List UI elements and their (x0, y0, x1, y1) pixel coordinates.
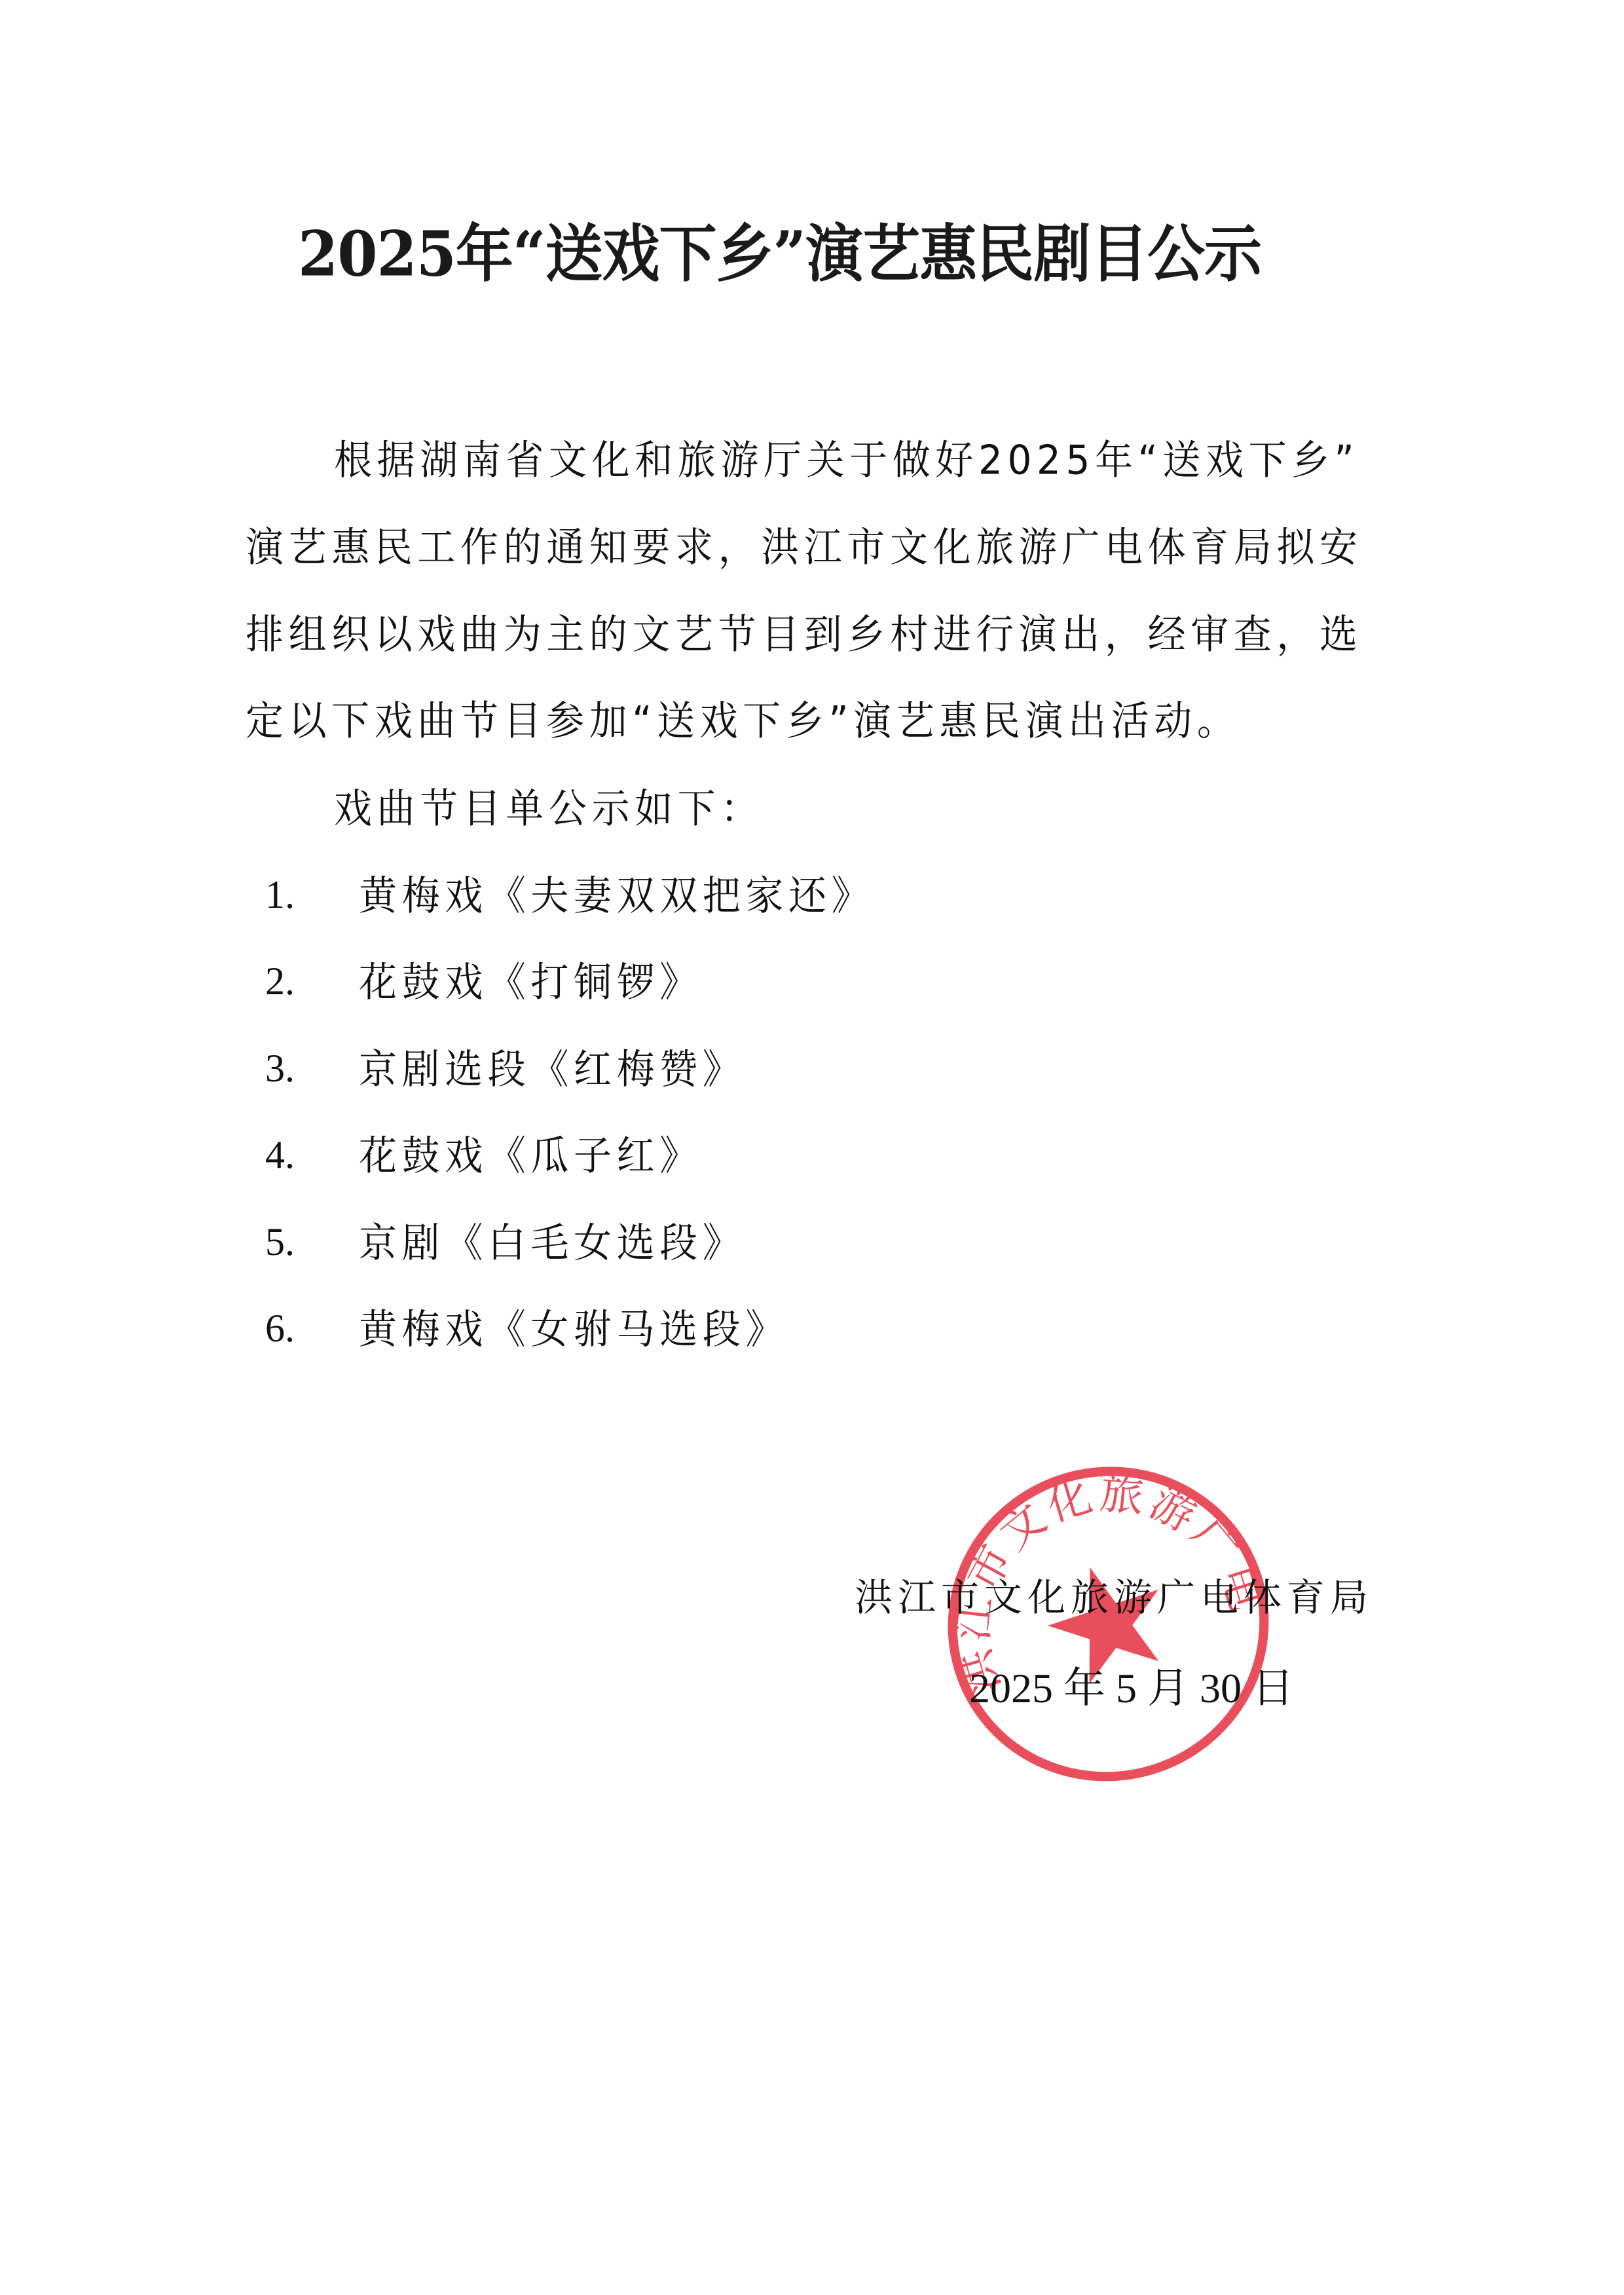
list-item-text: 黄梅戏《夫妻双双把家还》 (359, 870, 874, 920)
list-item-number: 5. (265, 1218, 295, 1265)
list-item-number: 2. (265, 958, 295, 1005)
paragraph-line-1: 根据湖南省文化和旅游厅关于做好2025年“送戏下乡” (334, 435, 1359, 485)
list-item-text: 京剧《白毛女选段》 (359, 1218, 745, 1267)
signature-date: 2025 年 5 月 30 日 (969, 1665, 1294, 1712)
signature-organization: 洪江市文化旅游广电体育局 (855, 1574, 1373, 1621)
page-title: 2025年“送戏下乡”演艺惠民剧目公示 (298, 211, 1333, 296)
list-item-number: 3. (265, 1045, 295, 1092)
list-item-number: 4. (265, 1131, 295, 1178)
list-item-text: 花鼓戏《瓜子红》 (359, 1130, 703, 1180)
paragraph-line-2: 演艺惠民工作的通知要求，洪江市文化旅游广电体育局拟安 (246, 522, 1363, 572)
document-page: 2025年“送戏下乡”演艺惠民剧目公示 根据湖南省文化和旅游厅关于做好2025年… (0, 0, 1624, 2295)
list-item-text: 京剧选段《红梅赞》 (359, 1044, 745, 1094)
list-item-text: 黄梅戏《女驸马选段》 (359, 1304, 788, 1354)
list-item-number: 6. (265, 1305, 295, 1352)
list-intro: 戏曲节目单公示如下： (334, 783, 764, 833)
official-seal: 洪江市文化旅游广电体育局 (901, 1419, 1316, 1829)
list-item-number: 1. (265, 871, 295, 918)
list-item-text: 花鼓戏《打铜锣》 (359, 957, 703, 1007)
paragraph-line-3: 排组织以戏曲为主的文艺节目到乡村进行演出，经审查，选 (246, 609, 1363, 659)
paragraph-line-4: 定以下戏曲节目参加“送戏下乡”演艺惠民演出活动。 (246, 696, 1240, 745)
